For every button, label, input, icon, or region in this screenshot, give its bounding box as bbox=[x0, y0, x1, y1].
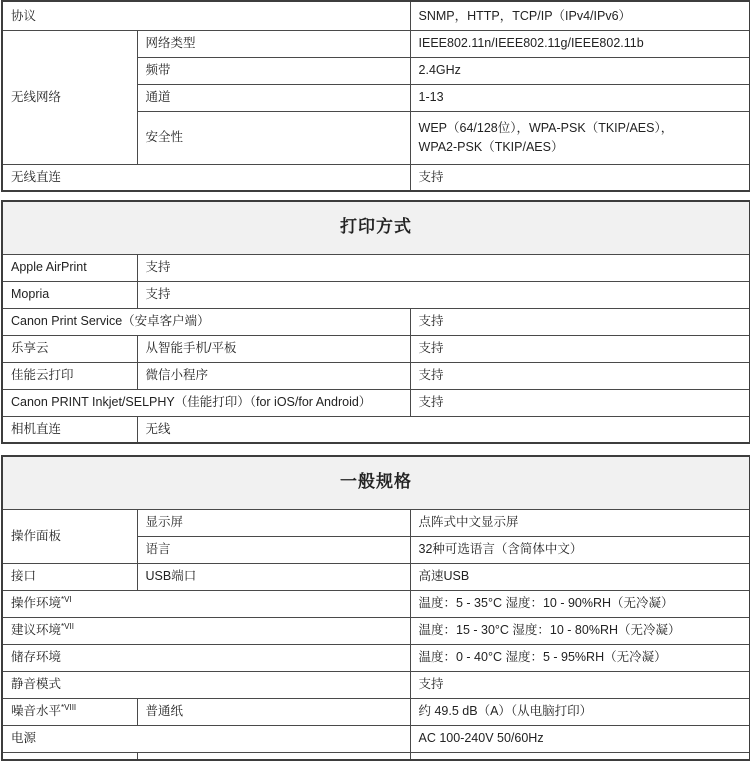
table-row: Mopria 支持 bbox=[2, 281, 750, 308]
table-row: 无线网络 网络类型 IEEE802.11n/IEEE802.11g/IEEE80… bbox=[2, 30, 750, 57]
table-row: Canon Print Service（安卓客户端） 支持 bbox=[2, 308, 750, 335]
spec-label-cell: 佳能云打印 bbox=[2, 362, 137, 389]
spec-value-cell: IEEE802.11n/IEEE802.11g/IEEE802.11b bbox=[410, 30, 750, 57]
table-row: 噪音水平*VIII 普通纸 约 49.5 dB（A）（从电脑打印） bbox=[2, 698, 750, 725]
spec-label: 噪音水平 bbox=[11, 704, 61, 718]
spec-value-cell: 无线 bbox=[137, 416, 750, 443]
spec-value-cell: 支持 bbox=[410, 335, 750, 362]
table-row: 静音模式 支持 bbox=[2, 671, 750, 698]
spec-value-cell: 1-13 bbox=[410, 84, 750, 111]
network-spec-table: 协议 SNMP，HTTP，TCP/IP（IPv4/IPv6） 无线网络 网络类型… bbox=[1, 0, 750, 192]
table-row: Canon PRINT Inkjet/SELPHY（佳能打印）（for iOS/… bbox=[2, 389, 750, 416]
spec-sublabel-cell: 从智能手机/平板 bbox=[137, 335, 410, 362]
spec-label-cell: Canon Print Service（安卓客户端） bbox=[2, 308, 410, 335]
general-specs-table: 一般规格 操作面板 显示屏 点阵式中文显示屏 语言 32种可选语言（含简体中文）… bbox=[1, 455, 750, 761]
spec-value-cell: 支持 bbox=[137, 254, 750, 281]
section-header-row: 打印方式 bbox=[2, 201, 750, 254]
spec-value-cell: 温度：0 - 40°C 湿度：5 - 95%RH（无冷凝） bbox=[410, 644, 750, 671]
wireless-group-cell: 无线网络 bbox=[2, 30, 137, 164]
spec-value-cell: 支持 bbox=[137, 281, 750, 308]
spec-value-cell: 支持 bbox=[410, 308, 750, 335]
spec-label-cell: 电源 bbox=[2, 725, 410, 752]
spec-value-cell: AC 100-240V 50/60Hz bbox=[410, 725, 750, 752]
spec-label: 储存环境 bbox=[11, 650, 61, 664]
spec-label-cell: 无线直连 bbox=[2, 164, 410, 191]
spec-value-cell: 32种可选语言（含简体中文） bbox=[410, 536, 750, 563]
table-row: 储存环境 温度：0 - 40°C 湿度：5 - 95%RH（无冷凝） bbox=[2, 644, 750, 671]
spec-value-cell: 高速USB bbox=[410, 563, 750, 590]
protocol-label-cell: 协议 bbox=[2, 1, 410, 30]
spec-sublabel-cell: 网络类型 bbox=[137, 30, 410, 57]
spec-sublabel-cell: 语言 bbox=[137, 536, 410, 563]
footnote-superscript: *VI bbox=[61, 595, 72, 604]
spec-value-cell: WEP（64/128位），WPA-PSK（TKIP/AES）， WPA2-PSK… bbox=[410, 111, 750, 164]
spec-sublabel-cell: 通道 bbox=[137, 84, 410, 111]
spec-value-cell: 支持 bbox=[410, 362, 750, 389]
spec-label-cell: Mopria bbox=[2, 281, 137, 308]
spec-label-cell: Canon PRINT Inkjet/SELPHY（佳能打印）（for iOS/… bbox=[2, 389, 410, 416]
footnote-superscript: *VII bbox=[61, 622, 74, 631]
section-title: 一般规格 bbox=[2, 456, 750, 509]
spec-sublabel-cell: 普通纸 bbox=[137, 698, 410, 725]
spec-value-cell: 支持 bbox=[410, 164, 750, 191]
spec-sublabel-cell: 显示屏 bbox=[137, 509, 410, 536]
cutoff-row-cell bbox=[137, 752, 410, 760]
spec-label-cell: 建议环境*VII bbox=[2, 617, 410, 644]
spec-label-cell: 乐享云 bbox=[2, 335, 137, 362]
table-row: 佳能云打印 微信小程序 支持 bbox=[2, 362, 750, 389]
table-row: 乐享云 从智能手机/平板 支持 bbox=[2, 335, 750, 362]
spec-value-cell: 支持 bbox=[410, 389, 750, 416]
cutoff-table-row bbox=[2, 752, 750, 760]
spec-sublabel-cell: 微信小程序 bbox=[137, 362, 410, 389]
spec-value-cell: 温度：15 - 30°C 湿度：10 - 80%RH（无冷凝） bbox=[410, 617, 750, 644]
cutoff-row-cell bbox=[2, 752, 137, 760]
table-row: 电源 AC 100-240V 50/60Hz bbox=[2, 725, 750, 752]
spec-value-cell: 支持 bbox=[410, 671, 750, 698]
table-row: 操作环境*VI 温度：5 - 35°C 湿度：10 - 90%RH（无冷凝） bbox=[2, 590, 750, 617]
spec-label-cell: 操作环境*VI bbox=[2, 590, 410, 617]
spec-label-cell: 静音模式 bbox=[2, 671, 410, 698]
spec-label-cell: 储存环境 bbox=[2, 644, 410, 671]
table-row: 无线直连 支持 bbox=[2, 164, 750, 191]
spec-sublabel-cell: 频带 bbox=[137, 57, 410, 84]
spec-value-cell: 2.4GHz bbox=[410, 57, 750, 84]
print-methods-table: 打印方式 Apple AirPrint 支持 Mopria 支持 Canon P… bbox=[1, 200, 750, 444]
spec-label: 操作环境 bbox=[11, 596, 61, 610]
spec-label-cell: 接口 bbox=[2, 563, 137, 590]
table-row: 建议环境*VII 温度：15 - 30°C 湿度：10 - 80%RH（无冷凝） bbox=[2, 617, 750, 644]
spec-label-cell: Apple AirPrint bbox=[2, 254, 137, 281]
spec-label: 建议环境 bbox=[11, 623, 61, 637]
protocol-value-cell: SNMP，HTTP，TCP/IP（IPv4/IPv6） bbox=[410, 1, 750, 30]
spec-value-cell: 温度：5 - 35°C 湿度：10 - 90%RH（无冷凝） bbox=[410, 590, 750, 617]
spec-value-cell: 约 49.5 dB（A）（从电脑打印） bbox=[410, 698, 750, 725]
section-header-row: 一般规格 bbox=[2, 456, 750, 509]
table-row: 接口 USB端口 高速USB bbox=[2, 563, 750, 590]
footnote-superscript: *VIII bbox=[61, 703, 76, 712]
spec-sublabel-cell: 安全性 bbox=[137, 111, 410, 164]
spec-label: 静音模式 bbox=[11, 677, 61, 691]
spec-sublabel-cell: USB端口 bbox=[137, 563, 410, 590]
table-row: Apple AirPrint 支持 bbox=[2, 254, 750, 281]
table-row: 协议 SNMP，HTTP，TCP/IP（IPv4/IPv6） bbox=[2, 1, 750, 30]
spec-value-cell: 点阵式中文显示屏 bbox=[410, 509, 750, 536]
table-row: 操作面板 显示屏 点阵式中文显示屏 bbox=[2, 509, 750, 536]
spec-label-cell: 噪音水平*VIII bbox=[2, 698, 137, 725]
table-row: 相机直连 无线 bbox=[2, 416, 750, 443]
spec-label-cell: 相机直连 bbox=[2, 416, 137, 443]
section-title: 打印方式 bbox=[2, 201, 750, 254]
cutoff-row-cell bbox=[410, 752, 750, 760]
panel-group-cell: 操作面板 bbox=[2, 509, 137, 563]
